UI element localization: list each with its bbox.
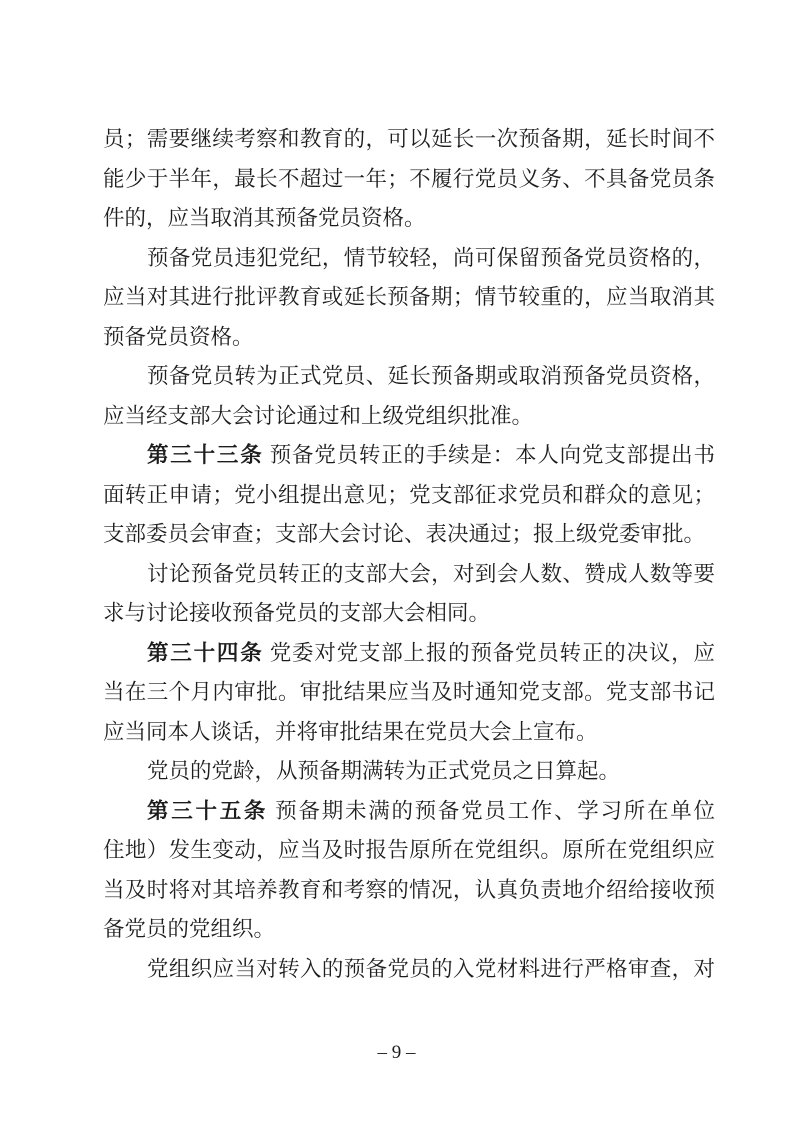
article-number: 第三十五条 (147, 799, 268, 823)
text-line: 第三十五条 预备期未满的预备党员工作、学习所在单位（居 (103, 792, 715, 832)
text-line: 应当经支部大会讨论通过和上级党组织批准。 (103, 397, 715, 437)
text-line: 党组织应当对转入的预备党员的入党材料进行严格审查，对 (103, 950, 715, 990)
text-line: 求与讨论接收预备党员的支部大会相同。 (103, 594, 715, 634)
text-line: 支部委员会审查；支部大会讨论、表决通过；报上级党委审批。 (103, 515, 715, 555)
article-number: 第三十三条 (147, 443, 264, 467)
text-line: 第三十四条 党委对党支部上报的预备党员转正的决议，应 (103, 634, 715, 674)
text-line: 第三十三条 预备党员转正的手续是：本人向党支部提出书 (103, 436, 715, 476)
article-number: 第三十四条 (147, 641, 264, 665)
document-body: 员；需要继续考察和教育的，可以延长一次预备期，延长时间不能少于半年，最长不超过一… (103, 120, 715, 989)
text-line: 讨论预备党员转正的支部大会，对到会人数、赞成人数等要 (103, 555, 715, 595)
page-number: – 9 – (0, 1040, 793, 1066)
text-line: 件的，应当取消其预备党员资格。 (103, 199, 715, 239)
text-line: 预备党员资格。 (103, 318, 715, 358)
text-line: 当及时将对其培养教育和考察的情况，认真负责地介绍给接收预 (103, 871, 715, 911)
text-line: 党员的党龄，从预备期满转为正式党员之日算起。 (103, 752, 715, 792)
text-line: 面转正申请；党小组提出意见；党支部征求党员和群众的意见； (103, 476, 715, 516)
text-line: 住地）发生变动，应当及时报告原所在党组织。原所在党组织应 (103, 831, 715, 871)
document-page: 员；需要继续考察和教育的，可以延长一次预备期，延长时间不能少于半年，最长不超过一… (0, 0, 793, 1122)
text-line: 当在三个月内审批。审批结果应当及时通知党支部。党支部书记 (103, 673, 715, 713)
text-line: 应当对其进行批评教育或延长预备期；情节较重的，应当取消其 (103, 278, 715, 318)
text-line: 应当同本人谈话，并将审批结果在党员大会上宣布。 (103, 713, 715, 753)
text-line: 预备党员违犯党纪，情节较轻，尚可保留预备党员资格的， (103, 239, 715, 279)
text-line: 能少于半年，最长不超过一年；不履行党员义务、不具备党员条 (103, 160, 715, 200)
text-line: 备党员的党组织。 (103, 910, 715, 950)
text-line: 员；需要继续考察和教育的，可以延长一次预备期，延长时间不 (103, 120, 715, 160)
text-line: 预备党员转为正式党员、延长预备期或取消预备党员资格， (103, 357, 715, 397)
